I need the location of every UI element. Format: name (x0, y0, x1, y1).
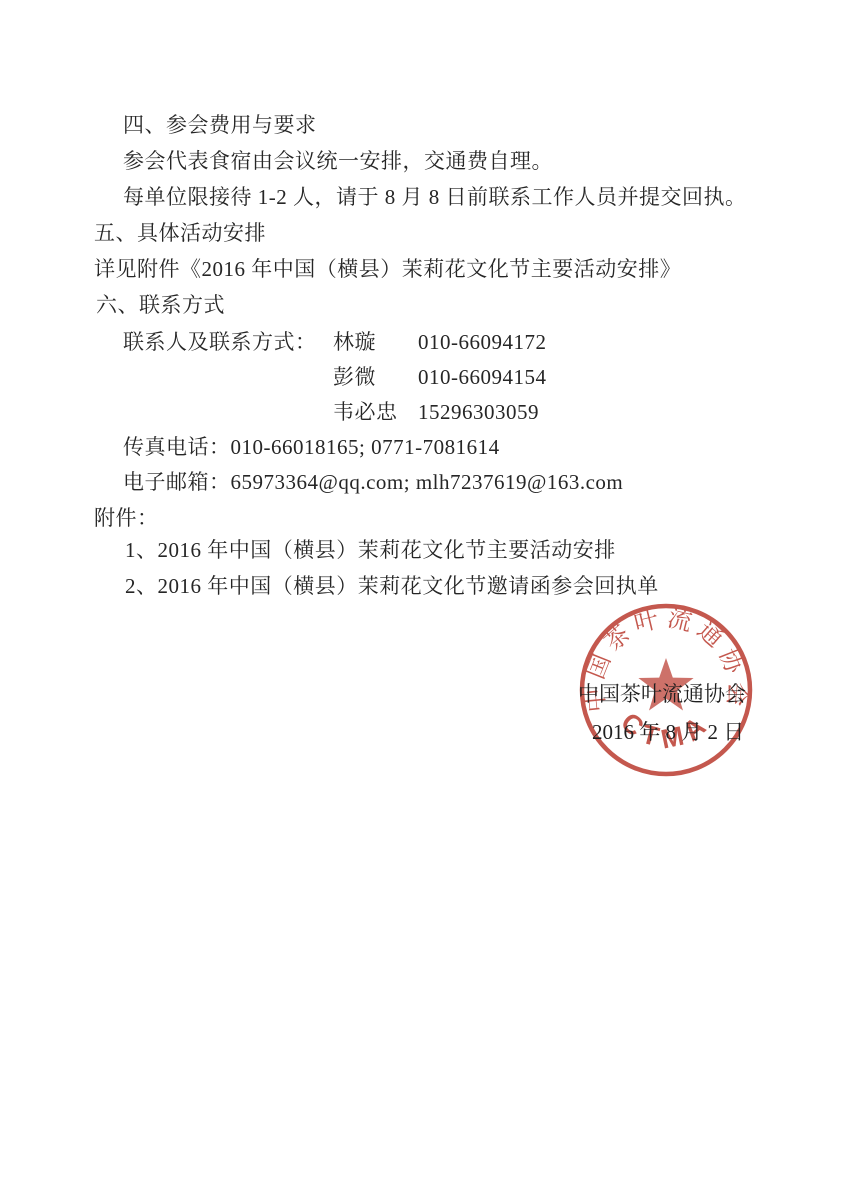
contact-name-1: 林璇 (333, 329, 418, 355)
contact-name-2: 彭微 (333, 364, 418, 390)
signature-org: 中国茶叶流通协会 (578, 681, 746, 707)
section5-line1: 详见附件《2016 年中国（横县）茉莉花文化节主要活动安排》 (94, 256, 681, 282)
email-line: 电子邮箱：65973364@qq.com; mlh7237619@163.com (123, 469, 623, 495)
contact-row-3: 韦必忠15296303059 (333, 399, 539, 425)
section4-line1: 参会代表食宿由会议统一安排，交通费自理。 (123, 148, 553, 174)
document-page: 四、参会费用与要求 参会代表食宿由会议统一安排，交通费自理。 每单位限接待 1-… (0, 0, 850, 1201)
attachment-item-2: 2、2016 年中国（横县）茉莉花文化节邀请函参会回执单 (125, 573, 659, 599)
fax-line: 传真电话：010-66018165; 0771-7081614 (123, 434, 500, 460)
signature-date: 2016 年 8 月 2 日 (592, 719, 744, 745)
contact-phone-2: 010-66094154 (418, 364, 547, 390)
section4-heading: 四、参会费用与要求 (123, 112, 317, 138)
attachments-label: 附件： (94, 505, 159, 531)
section5-heading: 五、具体活动安排 (94, 220, 266, 246)
contact-row-1: 联系人及联系方式：林璇010-66094172 (123, 329, 547, 355)
section4-line2: 每单位限接待 1-2 人，请于 8 月 8 日前联系工作人员并提交回执。 (123, 184, 747, 210)
contact-name-3: 韦必忠 (333, 399, 418, 425)
contact-phone-1: 010-66094172 (418, 329, 547, 355)
contact-phone-3: 15296303059 (418, 399, 539, 425)
section6-heading: 六、联系方式 (96, 292, 225, 318)
attachment-item-1: 1、2016 年中国（横县）茉莉花文化节主要活动安排 (125, 537, 616, 563)
contact-row-2: 彭微010-66094154 (333, 364, 547, 390)
contacts-label: 联系人及联系方式： (123, 329, 333, 355)
